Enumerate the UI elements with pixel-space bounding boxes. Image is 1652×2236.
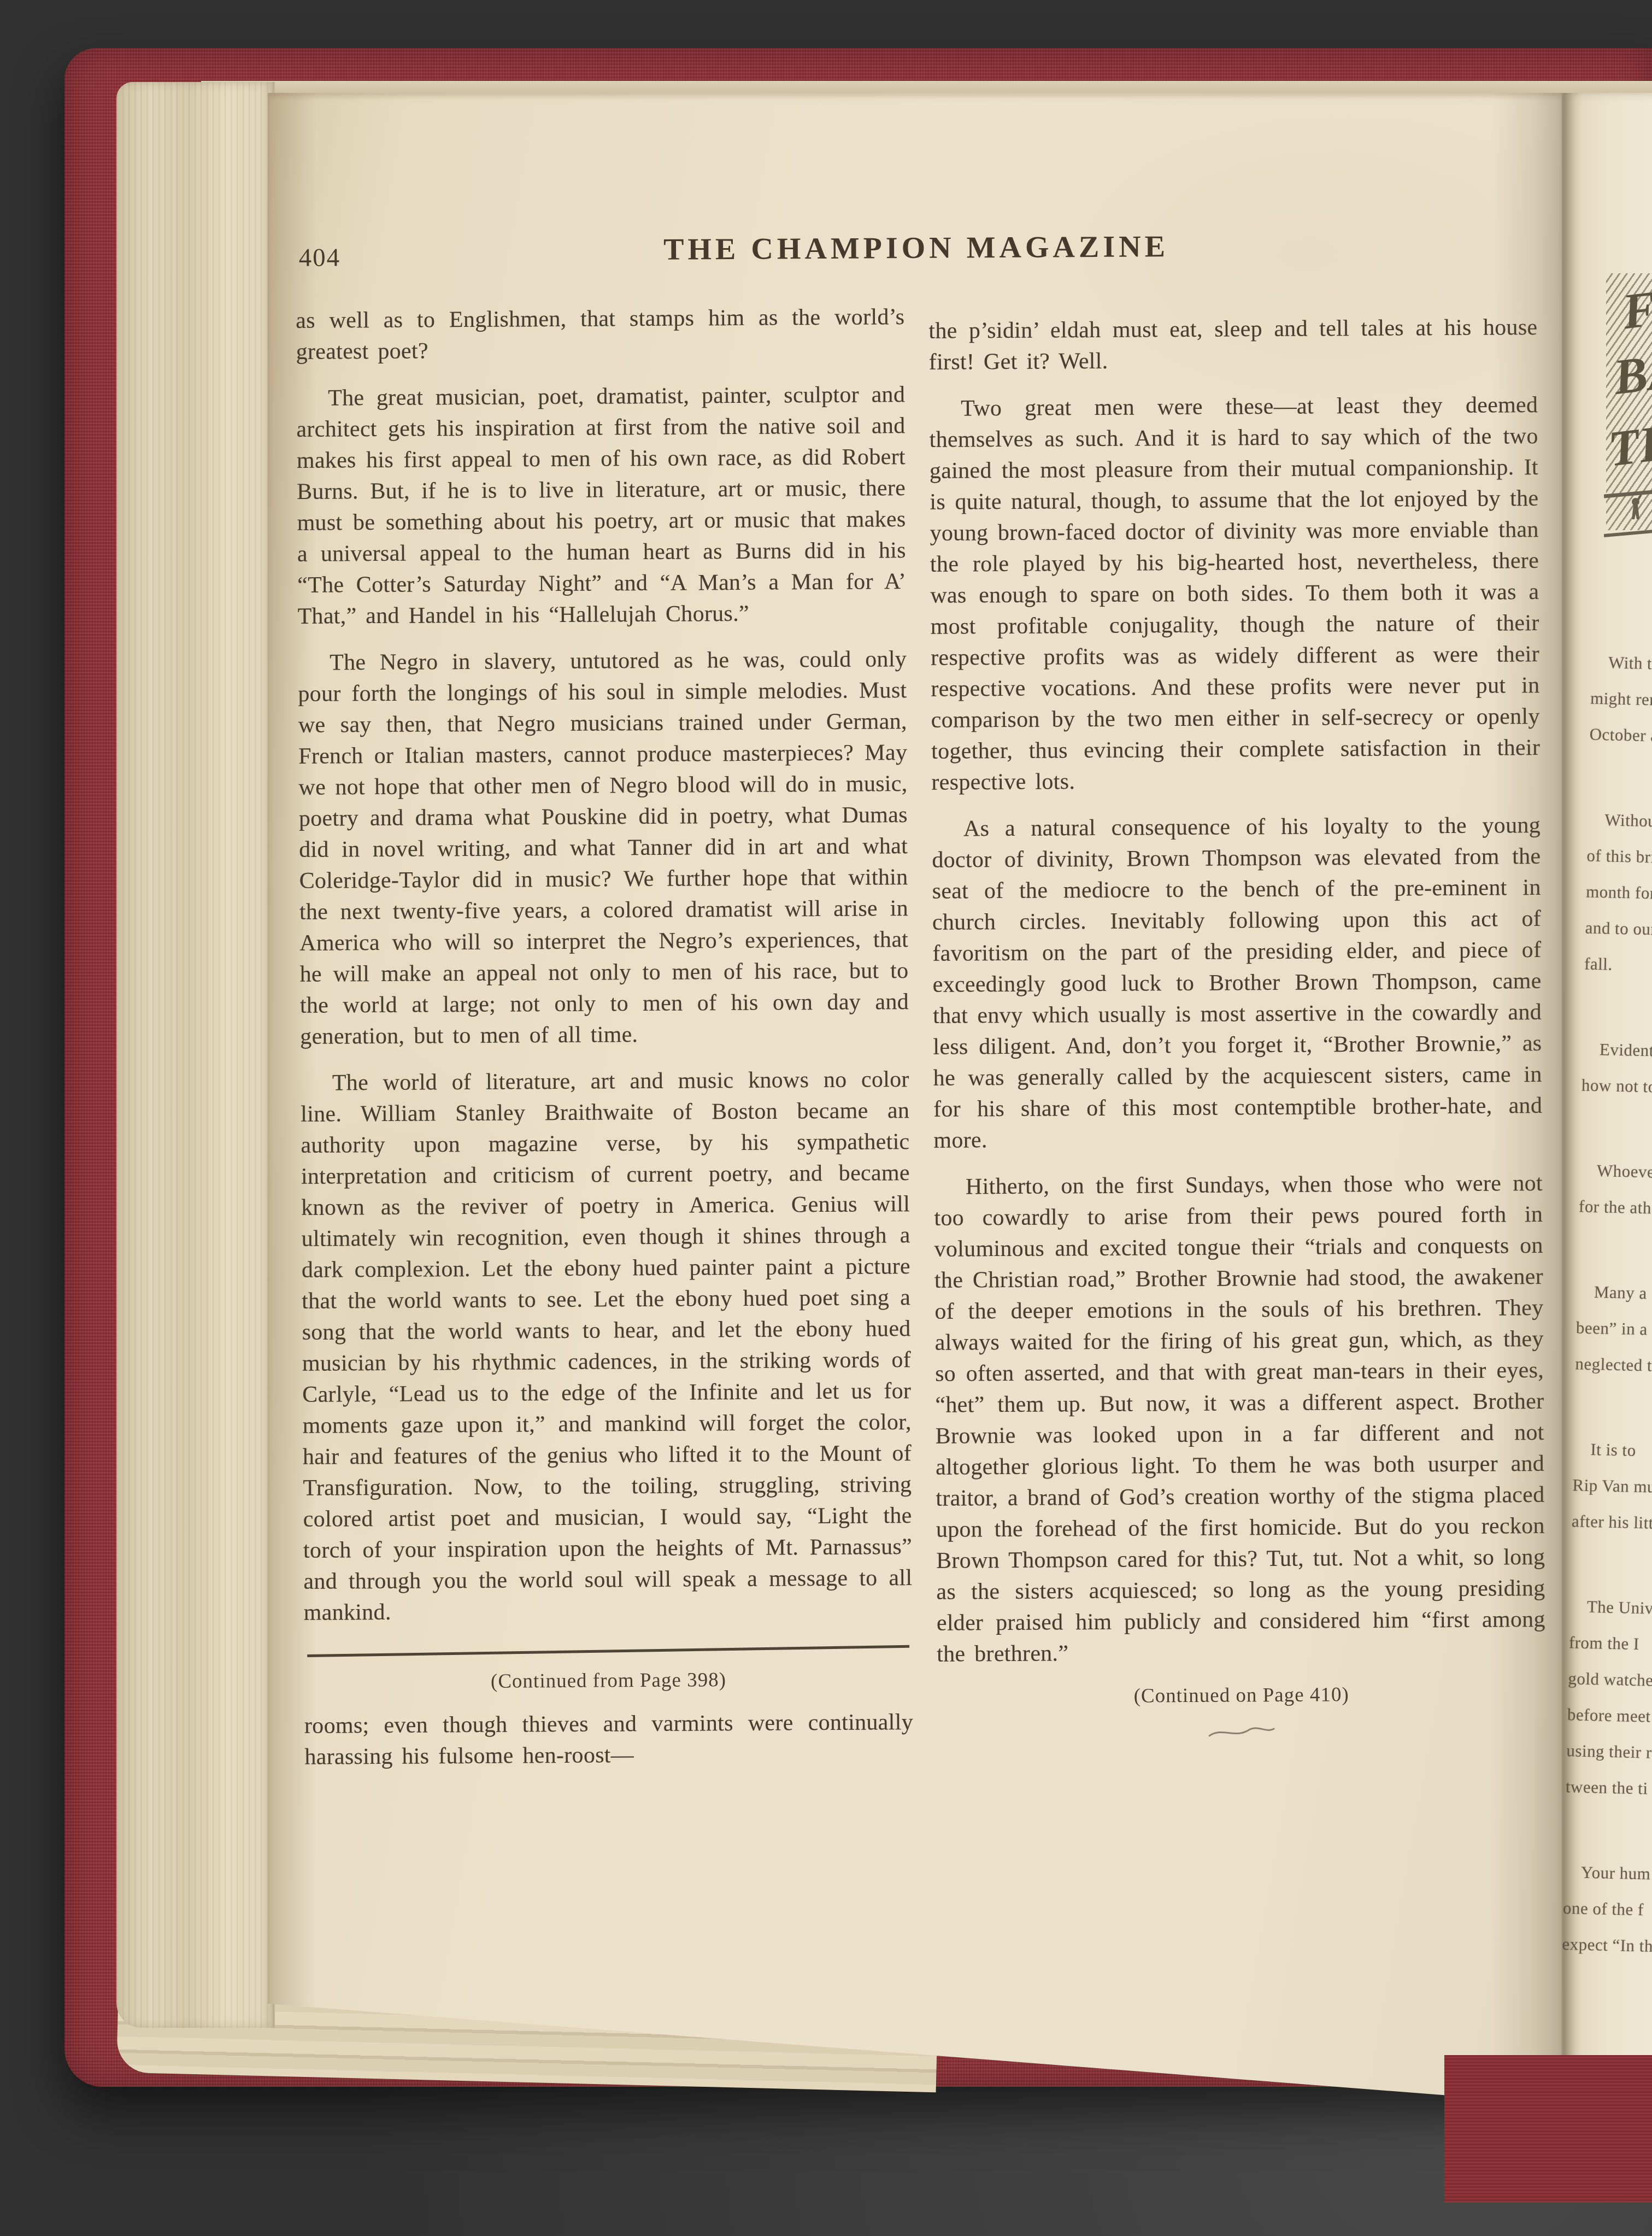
text-fragment: for the ath	[1578, 1188, 1652, 1226]
showthrough-text: With thmight remOctober an Withoutof thi…	[1562, 644, 1652, 1964]
text-fragment	[1574, 1382, 1652, 1433]
magazine-page: 404 THE CHAMPION MAGAZINE as well as to …	[268, 93, 1562, 2104]
continued-from-note: (Continued from Page 398)	[304, 1667, 913, 1694]
text-fragment: With th	[1591, 644, 1652, 682]
paragraph: Two great men were these—at least they d…	[929, 390, 1541, 799]
paragraph: The great musician, poet, dramatist, pai…	[296, 379, 907, 632]
text-fragment: using their r	[1566, 1733, 1649, 1770]
text-fragment: and to our	[1585, 909, 1652, 947]
text-fragment: fall.	[1584, 946, 1652, 983]
page-edges-fore	[116, 82, 275, 2028]
text-fragment: It is to	[1573, 1431, 1652, 1469]
text-fragment: neglected to	[1575, 1346, 1652, 1383]
text-fragment: after his litt	[1571, 1503, 1652, 1541]
text-fragment: from the I	[1568, 1624, 1651, 1662]
text-fragment: of this brig	[1586, 838, 1652, 876]
text-fragment: how not to	[1581, 1067, 1652, 1105]
paragraph: as well as to Englishmen, that stamps hi…	[296, 302, 905, 368]
text-fragment: Evidently	[1582, 1031, 1652, 1069]
page-content: 404 THE CHAMPION MAGAZINE as well as to …	[262, 89, 1568, 2108]
text-fragment: October an	[1589, 717, 1652, 754]
football-players-figures	[1604, 481, 1652, 541]
text-fragment	[1570, 1539, 1652, 1590]
text-fragment: gold watche	[1568, 1660, 1650, 1698]
paragraph: The world of literature, art and music k…	[301, 1064, 913, 1629]
paragraph: the p’sidin’ eldah must eat, sleep and t…	[928, 312, 1538, 378]
text-fragment: Rip Van mu	[1572, 1467, 1652, 1505]
text-fragment: before meet	[1567, 1697, 1649, 1734]
text-fragment: expect “In th	[1562, 1926, 1644, 1964]
page-header: 404 THE CHAMPION MAGAZINE	[295, 227, 1537, 284]
text-fragment: month for	[1585, 874, 1652, 912]
continuation-paragraph: rooms; even though thieves and varmints …	[304, 1707, 914, 1773]
text-fragment: might rem	[1590, 680, 1652, 718]
text-fragment: Many a	[1577, 1273, 1652, 1311]
text-fragment	[1564, 1805, 1647, 1856]
paragraph: Hitherto, on the first Sundays, when tho…	[934, 1168, 1546, 1670]
book-cover: 404 THE CHAMPION MAGAZINE as well as to …	[64, 48, 1652, 2087]
text-columns: as well as to Englishmen, that stamps hi…	[296, 298, 1547, 1788]
left-column: as well as to Englishmen, that stamps hi…	[296, 302, 914, 1788]
right-column: the p’sidin’ eldah must eat, sleep and t…	[928, 298, 1547, 1785]
football-illustration: FOO BA TEA	[1606, 273, 1652, 530]
text-fragment: Your hum	[1563, 1854, 1646, 1892]
text-fragment	[1577, 1224, 1652, 1275]
ink-flourish-icon	[1206, 1723, 1277, 1741]
text-fragment	[1588, 753, 1652, 803]
text-fragment	[1583, 982, 1652, 1032]
text-fragment: Whoever	[1579, 1152, 1652, 1190]
illustration-word: BA	[1610, 341, 1652, 406]
text-fragment: The Unive	[1569, 1588, 1652, 1626]
section-divider	[307, 1645, 909, 1657]
adjacent-page-edge: FOO BA TEA With thmight remOctober an Wi…	[1562, 93, 1652, 2162]
paragraph: As a natural consequence of his loyalty …	[932, 810, 1543, 1157]
text-fragment: Without	[1587, 802, 1652, 840]
illustration-word: TEA	[1605, 408, 1652, 478]
text-fragment: tween the ti	[1565, 1769, 1648, 1806]
text-fragment: been” in a	[1575, 1310, 1652, 1347]
text-fragment	[1580, 1103, 1652, 1154]
continued-on-note: (Continued on Page 410)	[937, 1682, 1546, 1709]
magazine-title: THE CHAMPION MAGAZINE	[295, 227, 1537, 269]
illustration-word: FOO	[1619, 271, 1652, 341]
text-fragment: one of the f	[1562, 1890, 1645, 1928]
paragraph: The Negro in slavery, untutored as he wa…	[298, 644, 909, 1053]
